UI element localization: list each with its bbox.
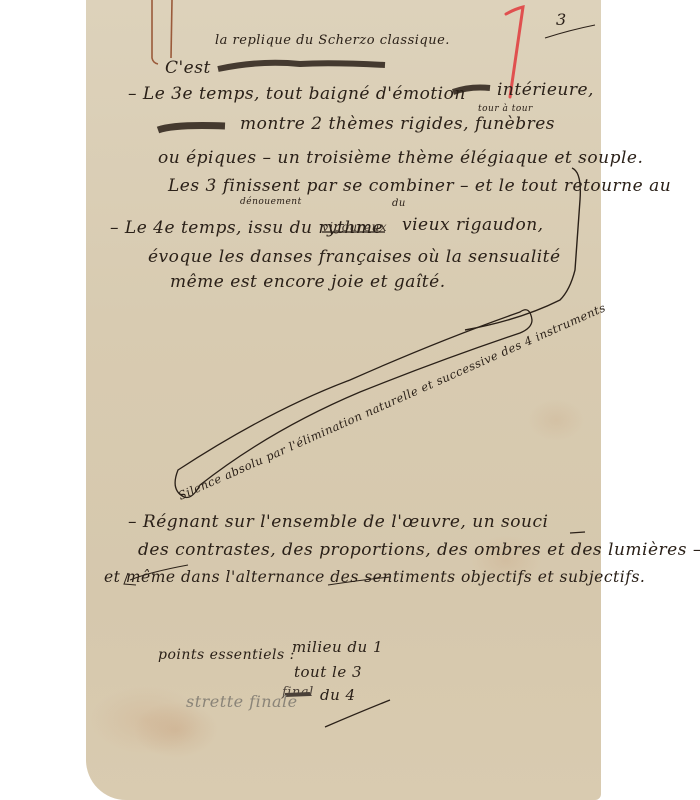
note-item-1: milieu du 1 (292, 638, 383, 656)
insert-tour-a-tour: tour à tour (478, 104, 533, 114)
line-3e-temps: – Le 3e temps, tout baigné d'émotion (128, 84, 466, 104)
note-item-3: du 4 (320, 686, 356, 704)
line-danses: évoque les danses françaises où la sensu… (148, 247, 561, 267)
notes-label: points essentiels : (158, 647, 295, 663)
pencil-note-strette: strette finale (186, 692, 298, 711)
page-number: 3 (556, 10, 567, 29)
note-item-2: tout le 3 (294, 663, 362, 681)
line-alternance: et même dans l'alternance des sentiments… (104, 568, 645, 586)
line-cest: C'est (165, 58, 211, 78)
insert-denouement: dénouement (240, 197, 302, 207)
line-interieure: intérieure, (497, 80, 594, 100)
line-rigaudon: vieux rigaudon, (402, 215, 544, 235)
struck-vigoureux: vigoureux (322, 220, 387, 234)
line-contrastes: des contrastes, des proportions, des omb… (138, 540, 700, 560)
line-joie: même est encore joie et gaîté. (170, 272, 446, 292)
insert-scherzo: la replique du Scherzo classique. (215, 33, 450, 48)
insert-du: du (392, 198, 406, 209)
line-combiner: Les 3 finissent par se combiner – et le … (168, 176, 671, 196)
line-regnant: – Régnant sur l'ensemble de l'œuvre, un … (128, 512, 548, 532)
line-themes: montre 2 thèmes rigides, funèbres (240, 114, 555, 134)
line-epiques: ou épiques – un troisième thème élégiaqu… (158, 148, 643, 168)
